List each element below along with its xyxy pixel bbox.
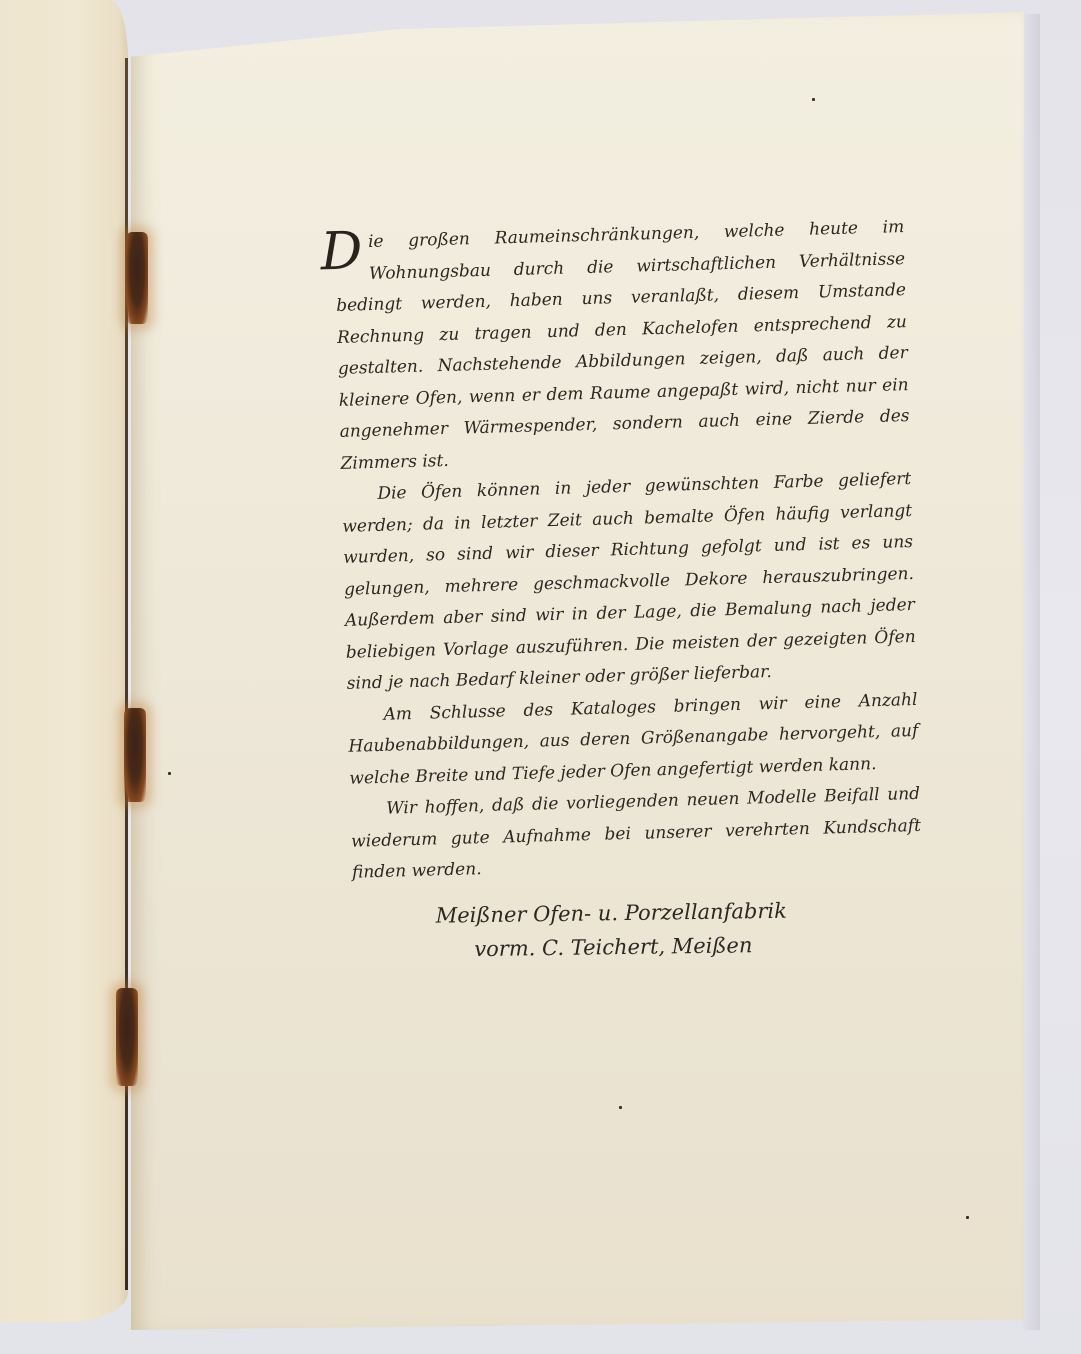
- rust-staple-middle: [124, 708, 146, 802]
- signature-location: vorm. C. Teichert, Meißen: [436, 927, 816, 966]
- left-page: [0, 0, 128, 1322]
- page-edge-shadow: [1020, 14, 1040, 1330]
- paragraph-intro-text: ie großen Raumeinschränkungen, welche he…: [336, 217, 910, 473]
- paragraph-closing: Wir hoffen, daß die vorliegenden neuen M…: [350, 779, 922, 889]
- company-signature: Meißner Ofen- u. Porzellanfabrik vorm. C…: [436, 893, 817, 966]
- paragraph-intro: D ie großen Raumeinschränkungen, welche …: [334, 212, 911, 480]
- paper-speck: [619, 1106, 622, 1109]
- paper-speck: [168, 772, 171, 775]
- paper-speck: [812, 98, 815, 101]
- paper-speck: [966, 1216, 969, 1219]
- rust-staple-bottom: [116, 988, 138, 1086]
- drop-cap: D: [320, 229, 363, 274]
- foreword-text: D ie großen Raumeinschränkungen, welche …: [334, 212, 922, 889]
- signature-company-name: Meißner Ofen- u. Porzellanfabrik: [436, 893, 816, 932]
- rust-staple-top: [126, 232, 148, 324]
- paragraph-hoods: Am Schlusse des Kataloges bringen wir ei…: [347, 684, 919, 794]
- paragraph-colors: Die Öfen können in jeder gewünschten Far…: [341, 464, 917, 700]
